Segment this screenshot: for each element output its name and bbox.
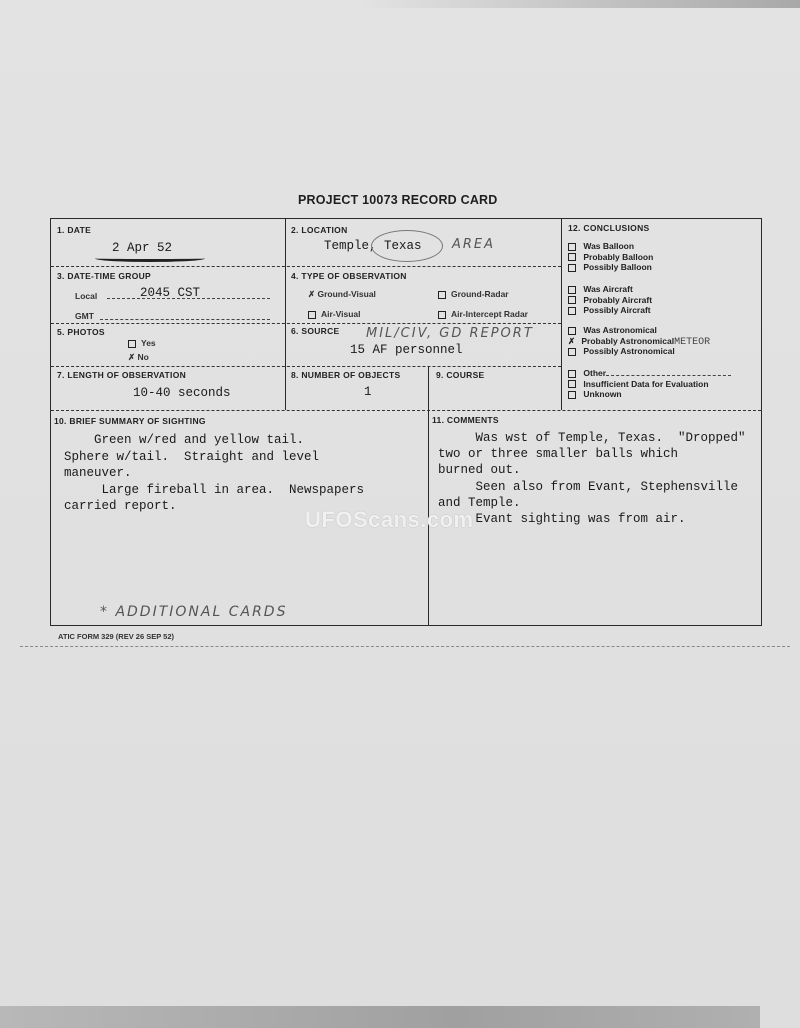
watermark: UFOScans.com — [305, 507, 474, 533]
observation-type-label: 4. TYPE OF OBSERVATION — [291, 271, 407, 281]
checkbox-icon — [568, 253, 576, 261]
form-number: ATIC FORM 329 (REV 26 SEP 52) — [58, 632, 174, 641]
conclusion-other[interactable]: Other — [568, 368, 731, 379]
checkbox-icon — [568, 380, 576, 388]
card-title: PROJECT 10073 RECORD CARD — [298, 193, 498, 207]
checkbox-checked-icon: ✗ — [308, 289, 315, 299]
scan-edge-bottom — [0, 1006, 760, 1028]
scanned-page: PROJECT 10073 RECORD CARD 1. DATE 2 Apr … — [0, 0, 800, 1028]
scan-edge-top — [360, 0, 800, 8]
comments-label: 11. COMMENTS — [432, 415, 499, 425]
photos-no-option[interactable]: ✗ No — [128, 352, 149, 363]
summary-text: Green w/red and yellow tail.Sphere w/tai… — [64, 432, 364, 515]
checkbox-icon — [568, 348, 576, 356]
checkbox-icon — [568, 296, 576, 304]
conclusions-group-aircraft: Was Aircraft Probably Aircraft Possibly … — [568, 284, 652, 316]
checkbox-checked-icon: ✗ — [128, 352, 135, 362]
option-ground-radar[interactable]: Ground-Radar — [438, 289, 509, 299]
card-cut-line — [20, 646, 790, 647]
conclusion-was-aircraft[interactable]: Was Aircraft — [568, 284, 652, 295]
checkbox-icon — [568, 327, 576, 335]
comments-text: Was wst of Temple, Texas. "Dropped"two o… — [438, 430, 746, 527]
checkbox-icon — [308, 311, 316, 319]
other-blank-line — [606, 375, 731, 376]
object-count-value: 1 — [364, 385, 372, 399]
option-air-visual[interactable]: Air-Visual — [308, 309, 361, 319]
date-value: 2 Apr 52 — [112, 241, 172, 255]
conclusion-probably-astronomical[interactable]: ✗ Probably AstronomicalMETEOR — [568, 336, 710, 347]
checkbox-icon — [568, 264, 576, 272]
object-count-label: 8. NUMBER OF OBJECTS — [291, 370, 400, 380]
location-label: 2. LOCATION — [291, 225, 348, 235]
date-time-group-label: 3. DATE-TIME GROUP — [57, 271, 151, 281]
source-value: 15 AF personnel — [350, 343, 463, 357]
length-value: 10-40 seconds — [133, 386, 231, 400]
conclusion-possibly-aircraft[interactable]: Possibly Aircraft — [568, 305, 652, 316]
divider — [428, 366, 429, 625]
divider — [561, 219, 562, 410]
local-time-label: Local — [75, 291, 97, 301]
divider — [51, 366, 561, 367]
date-label: 1. DATE — [57, 225, 91, 235]
checkbox-icon — [438, 291, 446, 299]
checkbox-icon — [438, 311, 446, 319]
gmt-label: GMT — [75, 311, 94, 321]
checkbox-icon — [568, 370, 576, 378]
checkbox-icon — [568, 286, 576, 294]
option-air-intercept-radar[interactable]: Air-Intercept Radar — [438, 309, 528, 319]
divider — [51, 410, 761, 411]
photos-yes-option[interactable]: Yes — [128, 338, 156, 348]
conclusion-probably-aircraft[interactable]: Probably Aircraft — [568, 295, 652, 306]
photos-label: 5. PHOTOS — [57, 327, 105, 337]
divider — [285, 219, 286, 410]
checkbox-icon — [568, 307, 576, 315]
course-label: 9. COURSE — [436, 370, 485, 380]
source-handwritten-note: MIL/CIV, GD REPORT — [366, 326, 534, 341]
source-label: 6. SOURCE — [291, 326, 340, 336]
conclusions-group-astronomical: Was Astronomical ✗ Probably Astronomical… — [568, 325, 710, 357]
conclusions-group-balloon: Was Balloon Probably Balloon Possibly Ba… — [568, 241, 653, 273]
gmt-line — [100, 319, 270, 320]
conclusions-group-other: Other Insufficient Data for Evaluation U… — [568, 368, 731, 400]
length-label: 7. LENGTH OF OBSERVATION — [57, 370, 186, 380]
conclusions-label: 12. CONCLUSIONS — [568, 223, 650, 233]
conclusion-probably-balloon[interactable]: Probably Balloon — [568, 252, 653, 263]
divider — [51, 323, 561, 324]
location-circle-annotation — [371, 230, 443, 262]
conclusion-insufficient-data[interactable]: Insufficient Data for Evaluation — [568, 379, 731, 390]
divider — [51, 266, 561, 267]
local-time-value: 2045 CST — [140, 286, 200, 300]
conclusion-unknown[interactable]: Unknown — [568, 389, 731, 400]
conclusion-possibly-balloon[interactable]: Possibly Balloon — [568, 262, 653, 273]
checkbox-icon — [568, 391, 576, 399]
location-handwritten-note: AREA — [452, 237, 495, 252]
checkbox-icon — [128, 340, 136, 348]
date-underline — [95, 255, 205, 262]
option-ground-visual[interactable]: ✗ Ground-Visual — [308, 289, 376, 300]
conclusion-was-astronomical[interactable]: Was Astronomical — [568, 325, 710, 336]
additional-cards-note: * ADDITIONAL CARDS — [100, 604, 287, 620]
summary-label: 10. BRIEF SUMMARY OF SIGHTING — [54, 416, 206, 426]
checkbox-checked-icon: ✗ — [568, 336, 579, 347]
meteor-annotation: METEOR — [674, 337, 710, 348]
conclusion-was-balloon[interactable]: Was Balloon — [568, 241, 653, 252]
checkbox-icon — [568, 243, 576, 251]
